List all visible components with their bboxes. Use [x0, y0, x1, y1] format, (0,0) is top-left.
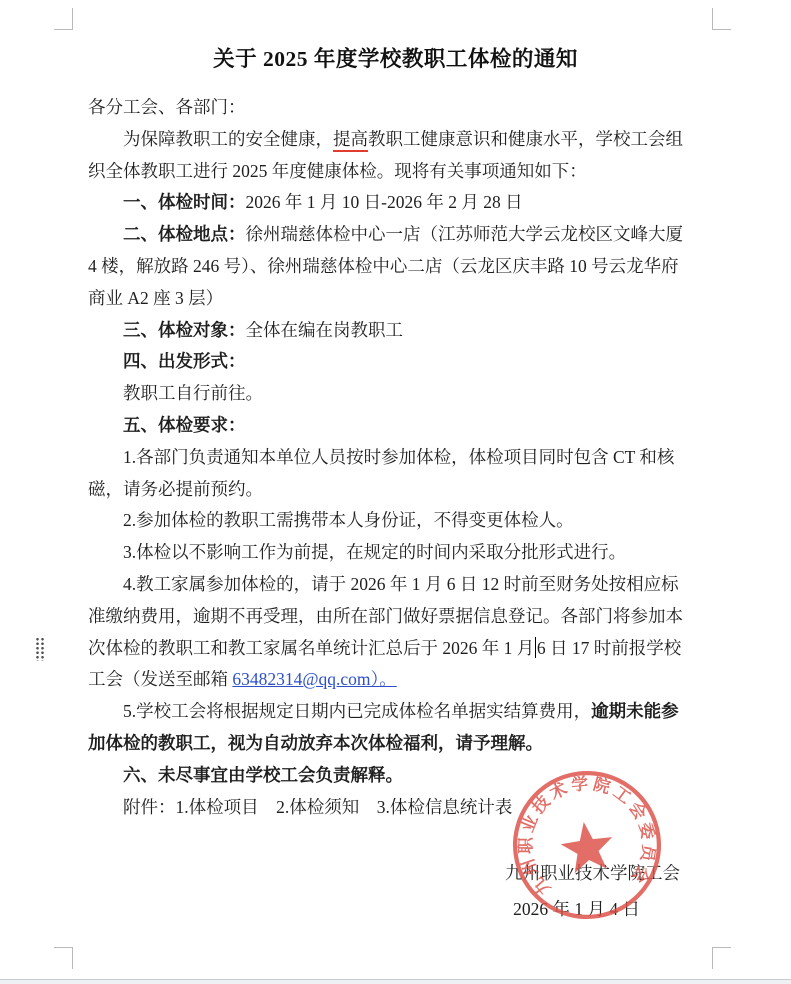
text-segment: 准缴纳费用，逾期不再受理，由所在部门做好票据信息登记。各部门将参加本 [88, 606, 683, 626]
doc-line-salutation[interactable]: 各分工会、各部门： [88, 92, 706, 124]
text-segment: 各分工会、各部门： [88, 97, 246, 117]
text-segment: 商业 A2 座 3 层） [88, 288, 223, 308]
text-segment-bold: 加体检的教职工，视为自动放弃本次体检福利，请予理解。 [88, 733, 543, 753]
section-label: 六、未尽事宜由学校工会负责解释。 [123, 765, 403, 785]
doc-line-item-5a[interactable]: 5.学校工会将根据规定日期内已完成体检名单据实结算费用，逾期未能参 [88, 696, 706, 728]
margin-corner-mark-bottom-left [54, 947, 73, 969]
section-label: 三、体检对象： [123, 320, 246, 340]
section-label: 五、体检要求： [123, 415, 246, 435]
doc-line-item-3[interactable]: 3.体检以不影响工作为前提，在规定的时间内采取分批形式进行。 [88, 537, 706, 569]
doc-line-item-1b[interactable]: 磁，请务必提前预约。 [88, 474, 706, 506]
text-segment: 4.教工家属参加体检的，请于 2026 年 1 月 6 日 12 时前至财务处按… [123, 574, 679, 594]
text-segment: 次体检的教职工和教工家属名单统计汇总后于 2026 年 1 月 [88, 638, 534, 658]
doc-line-item-2[interactable]: 2.参加体检的教职工需携带本人身份证，不得变更体检人。 [88, 505, 706, 537]
section-label: 二、体检地点： [123, 224, 246, 244]
text-segment: 附件：1.体检项目 2.体检须知 3.体检信息统计表 [123, 797, 512, 817]
text-segment: 4 楼，解放路 246 号）、徐州瑞慈体检中心二店（云龙区庆丰路 10 号云龙华… [88, 256, 679, 276]
doc-line-section-4[interactable]: 四、出发形式： [88, 346, 706, 378]
document-body: 各分工会、各部门： 为保障教职工的安全健康，提高教职工健康意识和健康水平，学校工… [88, 92, 706, 823]
doc-line-intro-2[interactable]: 织全体教职工进行 2025 年度健康体检。现将有关事项通知如下： [88, 156, 706, 188]
text-segment: 教职工自行前往。 [123, 383, 263, 403]
text-segment: 工会（发送至邮箱 [88, 669, 232, 689]
section-label: 四、出发形式： [123, 351, 246, 371]
doc-line-item-1a[interactable]: 1.各部门负责通知本单位人员按时参加体检，体检项目同时包含 CT 和核 [88, 442, 706, 474]
text-segment: 1.各部门负责通知本单位人员按时参加体检，体检项目同时包含 CT 和核 [123, 447, 674, 467]
email-link-trailing-text: ）。 [371, 669, 397, 689]
text-segment: 织全体教职工进行 2025 年度健康体检。现将有关事项通知如下： [88, 161, 587, 181]
doc-line-section-2c[interactable]: 商业 A2 座 3 层） [88, 283, 706, 315]
margin-corner-mark-top-left [54, 8, 73, 30]
text-segment: 全体在编在岗教职工 [246, 320, 404, 340]
doc-line-section-2b[interactable]: 4 楼，解放路 246 号）、徐州瑞慈体检中心二店（云龙区庆丰路 10 号云龙华… [88, 251, 706, 283]
text-segment: 徐州瑞慈体检中心一店（江苏师范大学云龙校区文峰大厦 [246, 224, 684, 244]
doc-line-item-4d[interactable]: 工会（发送至邮箱 63482314@qq.com）。 [88, 664, 706, 696]
text-segment: 磁，请务必提前预约。 [88, 479, 263, 499]
doc-line-item-5b[interactable]: 加体检的教职工，视为自动放弃本次体检福利，请予理解。 [88, 728, 706, 760]
text-segment: 2026 年 1 月 10 日-2026 年 2 月 28 日 [246, 192, 523, 212]
doc-line-section-1[interactable]: 一、体检时间：2026 年 1 月 10 日-2026 年 2 月 28 日 [88, 187, 706, 219]
doc-line-section-3[interactable]: 三、体检对象：全体在编在岗教职工 [88, 315, 706, 347]
official-seal-stamp[interactable]: 九州职业技术学院工会委员会 [496, 754, 679, 937]
text-segment: 5.学校工会将根据规定日期内已完成体检名单据实结算费用， [123, 701, 591, 721]
text-segment: 为保障教职工的安全健康， [123, 129, 333, 149]
grammar-flagged-word: 提高 [333, 129, 368, 152]
page-title[interactable]: 关于 2025 年度学校教职工体检的通知 [0, 42, 791, 73]
doc-line-item-4b[interactable]: 准缴纳费用，逾期不再受理，由所在部门做好票据信息登记。各部门将参加本 [88, 601, 706, 633]
email-link[interactable]: 63482314@qq.com [232, 669, 370, 689]
margin-corner-mark-bottom-right [712, 947, 731, 969]
paragraph-drag-handle-icon[interactable] [35, 637, 45, 661]
seal-star-icon [558, 818, 616, 874]
doc-line-intro-1[interactable]: 为保障教职工的安全健康，提高教职工健康意识和健康水平，学校工会组 [88, 124, 706, 156]
section-label: 一、体检时间： [123, 192, 246, 212]
text-segment: 3.体检以不影响工作为前提，在规定的时间内采取分批形式进行。 [123, 542, 626, 562]
doc-line-item-4c[interactable]: 次体检的教职工和教工家属名单统计汇总后于 2026 年 1 月6 日 17 时前… [88, 633, 706, 665]
text-segment: 2.参加体检的教职工需携带本人身份证，不得变更体检人。 [123, 510, 574, 530]
document-page: 关于 2025 年度学校教职工体检的通知 各分工会、各部门： 为保障教职工的安全… [0, 0, 791, 984]
text-segment: 教职工健康意识和健康水平，学校工会组 [368, 129, 683, 149]
doc-line-item-4a[interactable]: 4.教工家属参加体检的，请于 2026 年 1 月 6 日 12 时前至财务处按… [88, 569, 706, 601]
page-bottom-edge [0, 979, 791, 984]
doc-line-section-2a[interactable]: 二、体检地点：徐州瑞慈体检中心一店（江苏师范大学云龙校区文峰大厦 [88, 219, 706, 251]
text-segment-bold: 逾期未能参 [591, 701, 679, 721]
text-segment: 6 日 17 时前报学校 [537, 638, 681, 658]
doc-line-section-5[interactable]: 五、体检要求： [88, 410, 706, 442]
margin-corner-mark-top-right [712, 8, 731, 30]
doc-line-section-4-body[interactable]: 教职工自行前往。 [88, 378, 706, 410]
